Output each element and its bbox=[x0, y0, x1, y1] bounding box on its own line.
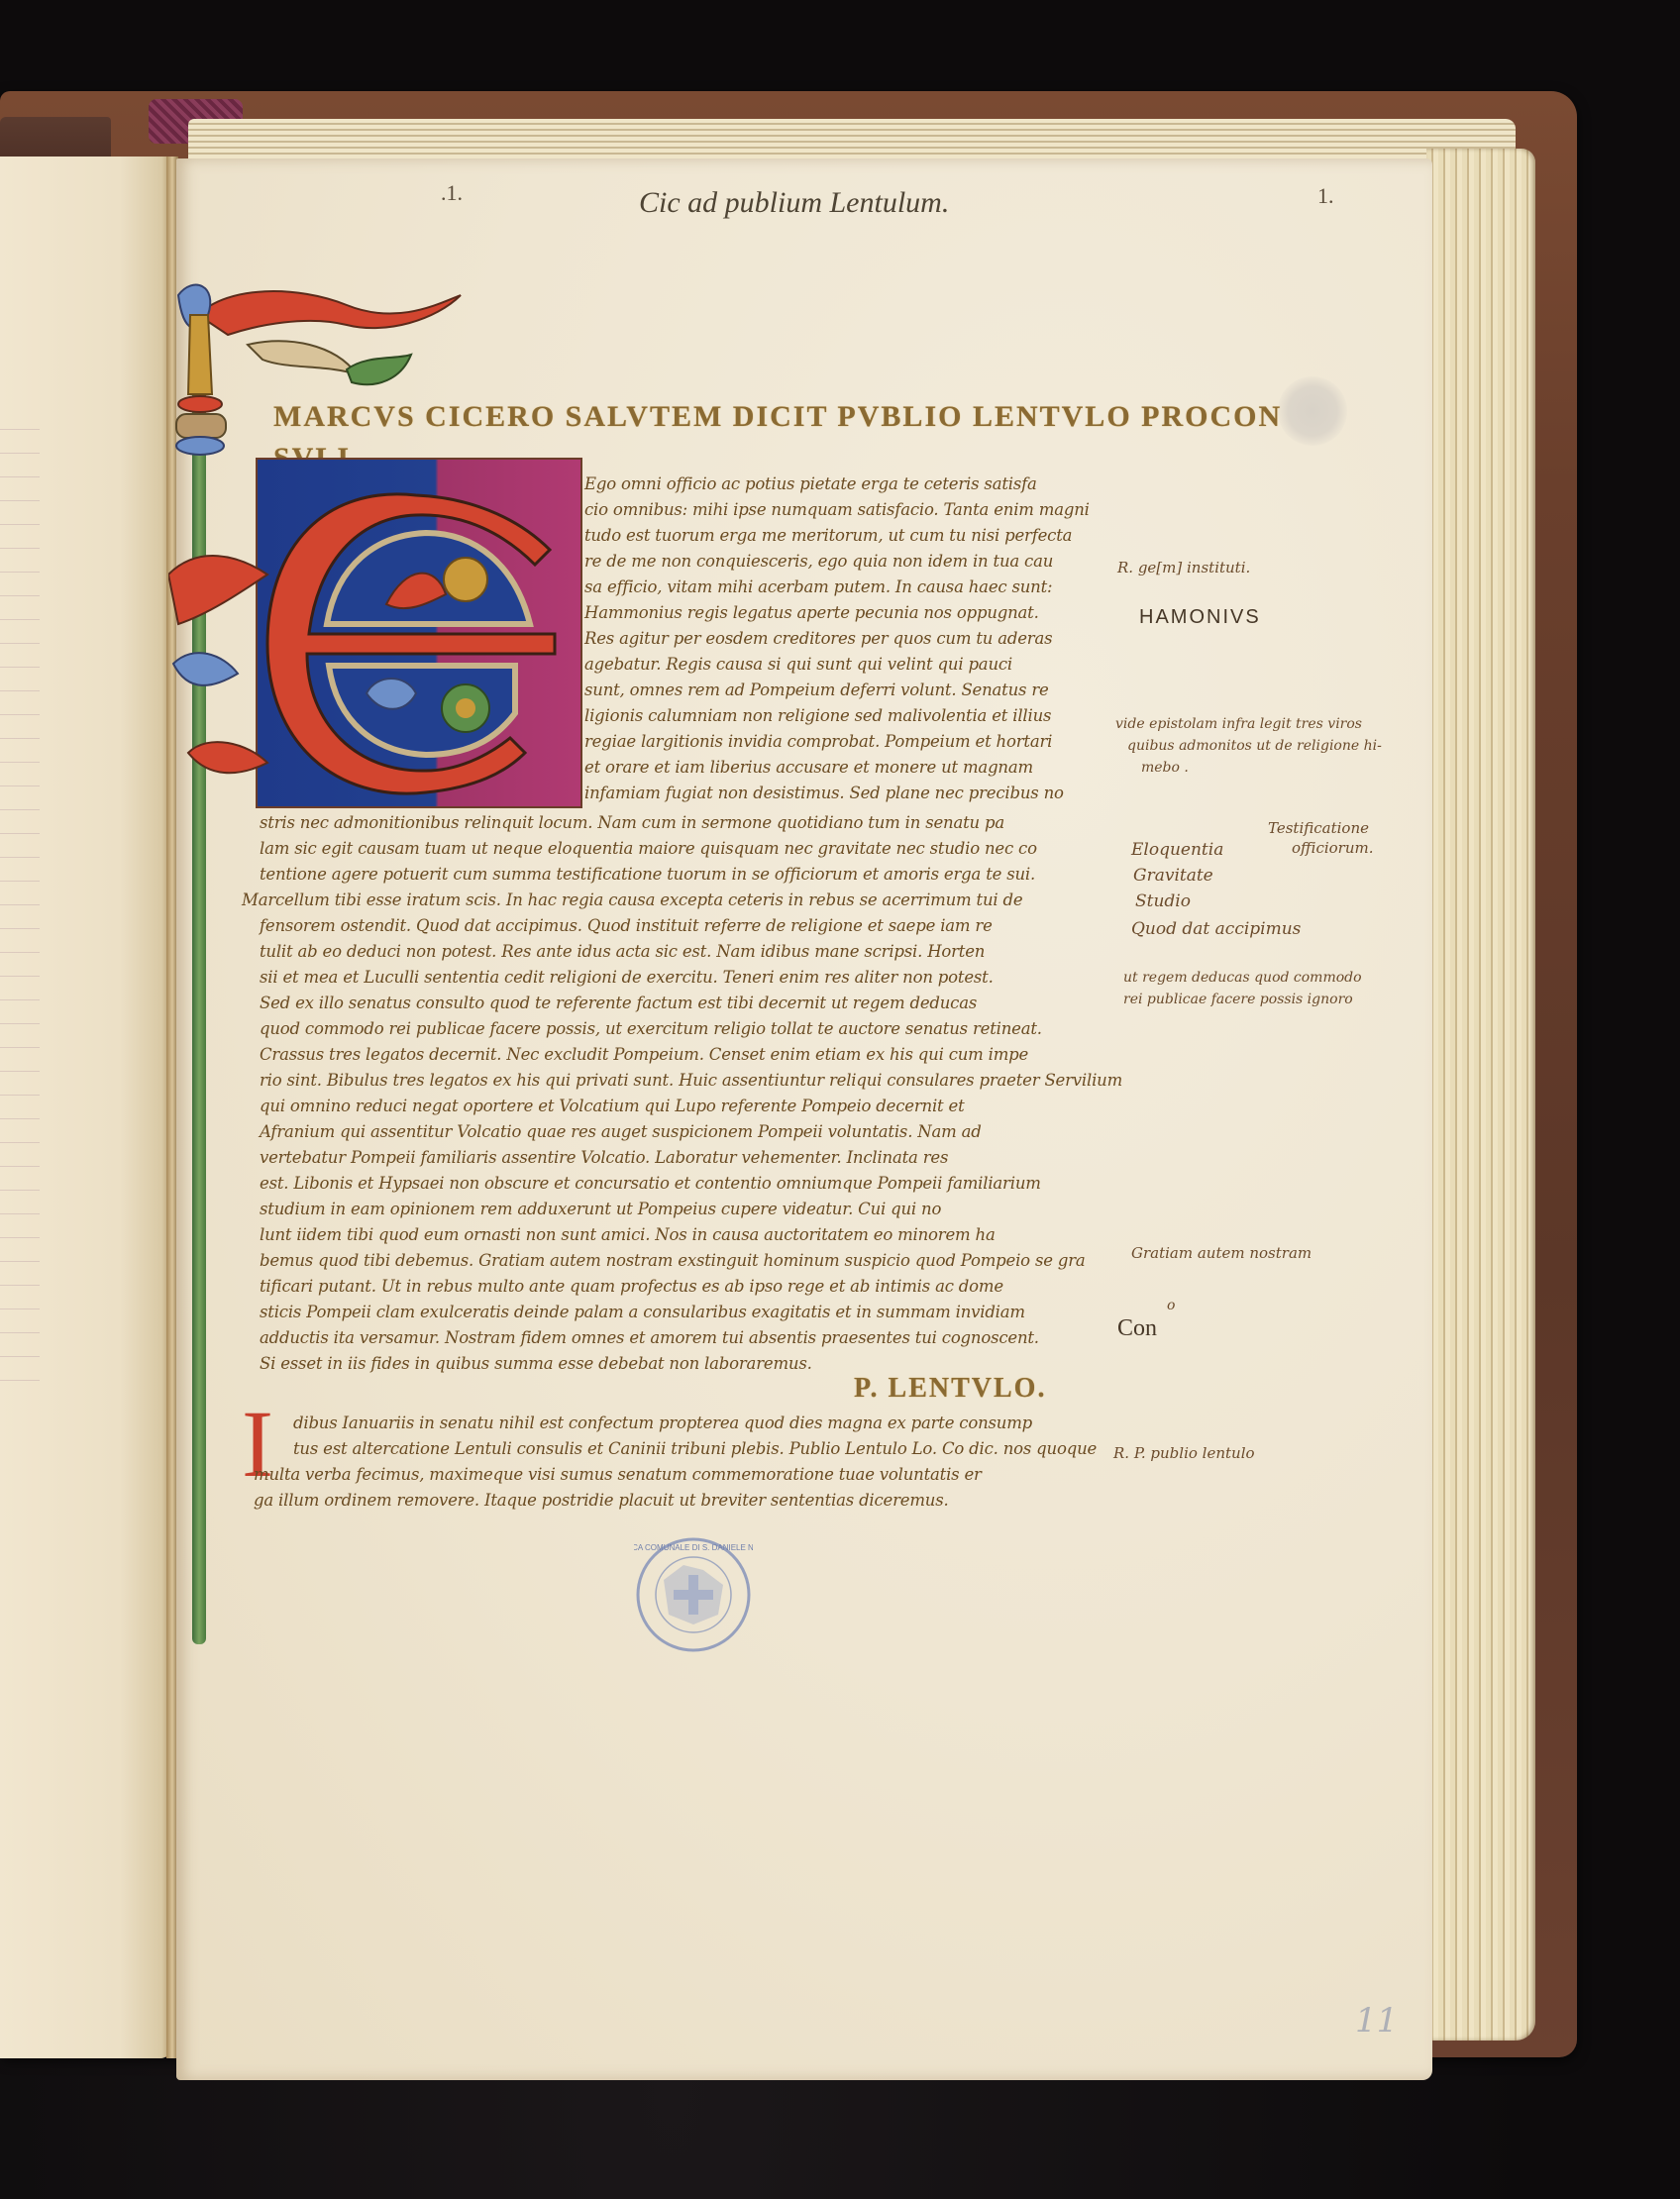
text-line: Ego omni officio ac potius pietate erga … bbox=[584, 471, 1100, 497]
text-line: Marcellum tibi esse iratum scis. In hac … bbox=[242, 888, 1111, 913]
text-line: dibus Ianuariis in senatu nihil est conf… bbox=[293, 1411, 1105, 1436]
left-folio-mark: .1. bbox=[441, 180, 463, 206]
marginal-line: Testificatione bbox=[1268, 818, 1374, 838]
letter-2-lines: dibus Ianuariis in senatu nihil est conf… bbox=[293, 1411, 1105, 1514]
text-line: bemus quod tibi debemus. Gratiam autem n… bbox=[260, 1248, 1111, 1274]
marginal-note-testificatione: Testificatione officiorum. bbox=[1268, 818, 1374, 858]
text-line: lam sic egit causam tuam ut neque eloque… bbox=[260, 836, 1111, 862]
marginal-note: R. ge[m] instituti. bbox=[1117, 559, 1250, 576]
text-line: Hammonius regis legatus aperte pecunia n… bbox=[584, 600, 1100, 626]
illuminated-initial-e bbox=[168, 456, 584, 812]
text-line: multa verba fecimus, maximeque visi sumu… bbox=[254, 1462, 1105, 1488]
text-line: Crassus tres legatos decernit. Nec exclu… bbox=[260, 1042, 1111, 1068]
text-line: sunt, omnes rem ad Pompeium deferri volu… bbox=[584, 678, 1100, 703]
text-line: tus est altercatione Lentuli consulis et… bbox=[293, 1436, 1105, 1462]
marginal-line: vide epistolam infra legit tres viros bbox=[1115, 713, 1382, 735]
text-line: studium in eam opinionem rem adduxerunt … bbox=[260, 1197, 1111, 1222]
text-line: ligionis calumniam non religione sed mal… bbox=[584, 703, 1100, 729]
marginal-note-ut-regem: ut regem deducas quod commodo rei public… bbox=[1123, 967, 1362, 1010]
marginal-note-con: Con bbox=[1117, 1315, 1157, 1342]
marginal-line: quibus admonitos ut de religione hi- bbox=[1127, 735, 1382, 757]
library-stamp: BIBLIOTECA COMUNALE DI S. DANIELE NEL FR… bbox=[634, 1535, 753, 1654]
marginal-line: rei publicae facere possis ignoro bbox=[1123, 989, 1362, 1010]
text-line: agebatur. Regis causa si qui sunt qui ve… bbox=[584, 652, 1100, 678]
rubric-heading-line1: MARCVS CICERO SALVTEM DICIT PVBLIO LENTV… bbox=[273, 400, 1282, 434]
stamp-text: BIBLIOTECA COMUNALE DI S. DANIELE NEL FR… bbox=[634, 1543, 753, 1552]
marginal-note-hamonius: HAMONIVS bbox=[1139, 606, 1261, 629]
marginal-o-mark: o bbox=[1167, 1298, 1175, 1313]
text-line: est. Libonis et Hypsaei non obscure et c… bbox=[260, 1171, 1111, 1197]
right-folio-mark: 1. bbox=[1317, 183, 1334, 209]
pencil-folio-number: 11 bbox=[1355, 2001, 1398, 2041]
text-line: regiae largitionis invidia comprobat. Po… bbox=[584, 729, 1100, 755]
page-stain bbox=[1278, 376, 1347, 446]
text-line: adductis ita versamur. Nostram fidem omn… bbox=[260, 1325, 1111, 1351]
text-line: et orare et iam liberius accusare et mon… bbox=[584, 755, 1100, 781]
text-line: Afranium qui assentitur Volcatio quae re… bbox=[260, 1119, 1111, 1145]
text-line: sa efficio, vitam mihi acerbam putem. In… bbox=[584, 575, 1100, 600]
text-line: ga illum ordinem removere. Itaque postri… bbox=[254, 1488, 1105, 1514]
text-line: tulit ab eo deduci non potest. Res ante … bbox=[260, 939, 1111, 965]
text-line: stris nec admonitionibus relinquit locum… bbox=[260, 810, 1111, 836]
text-line: lunt iidem tibi quod eum ornasti non sun… bbox=[260, 1222, 1111, 1248]
marginal-line: officiorum. bbox=[1292, 838, 1374, 858]
text-line: vertebatur Pompeii familiaris assentire … bbox=[260, 1145, 1111, 1171]
text-line: Res agitur per eosdem creditores per quo… bbox=[584, 626, 1100, 652]
marginal-line: ut regem deducas quod commodo bbox=[1123, 967, 1362, 989]
text-line: Sed ex illo senatus consulto quod te ref… bbox=[260, 991, 1111, 1016]
running-title: Cic ad publium Lentulum. bbox=[639, 186, 949, 220]
letter-1-full-lines: stris nec admonitionibus relinquit locum… bbox=[260, 810, 1111, 1377]
text-line: cio omnibus: mihi ipse numquam satisfaci… bbox=[584, 497, 1100, 523]
marginal-note-studio: Studio bbox=[1135, 891, 1191, 911]
text-line: re de me non conquiesceris, ego quia non… bbox=[584, 549, 1100, 575]
letter-1-short-lines: Ego omni officio ac potius pietate erga … bbox=[584, 471, 1100, 806]
text-line: tificari putant. Ut in rebus multo ante … bbox=[260, 1274, 1111, 1300]
marginal-line: mebo . bbox=[1141, 757, 1382, 779]
text-line: tudo est tuorum erga me meritorum, ut cu… bbox=[584, 523, 1100, 549]
left-page-ruling bbox=[0, 406, 40, 1397]
marginal-note-eloquentia: Eloquentia bbox=[1131, 840, 1223, 860]
page-stack-fore-edge bbox=[1426, 149, 1535, 2041]
text-line: quod commodo rei publicae facere possis,… bbox=[260, 1016, 1111, 1042]
page-stack-top-edge bbox=[188, 119, 1516, 160]
rubric-heading-2: P. LENTVLO. bbox=[854, 1373, 1046, 1405]
text-line: qui omnino reduci negat oportere et Volc… bbox=[260, 1094, 1111, 1119]
text-line: fensorem ostendit. Quod dat accipimus. Q… bbox=[260, 913, 1111, 939]
text-line: sii et mea et Luculli sententia cedit re… bbox=[260, 965, 1111, 991]
text-line: rio sint. Bibulus tres legatos ex his qu… bbox=[260, 1068, 1111, 1094]
text-line: infamiam fugiat non desistimus. Sed plan… bbox=[584, 781, 1100, 806]
text-line: sticis Pompeii clam exulceratis deinde p… bbox=[260, 1300, 1111, 1325]
marginal-note-publio: R. P. publio lentulo bbox=[1113, 1444, 1255, 1462]
text-line: tentione agere potuerit cum summa testif… bbox=[260, 862, 1111, 888]
marginal-note-gratiam: Gratiam autem nostram bbox=[1131, 1244, 1312, 1262]
marginal-note-vide: vide epistolam infra legit tres viros qu… bbox=[1115, 713, 1382, 779]
marginal-note-quod-dat: Quod dat accipimus bbox=[1131, 919, 1301, 939]
marginal-note-gravitate: Gravitate bbox=[1133, 866, 1213, 886]
